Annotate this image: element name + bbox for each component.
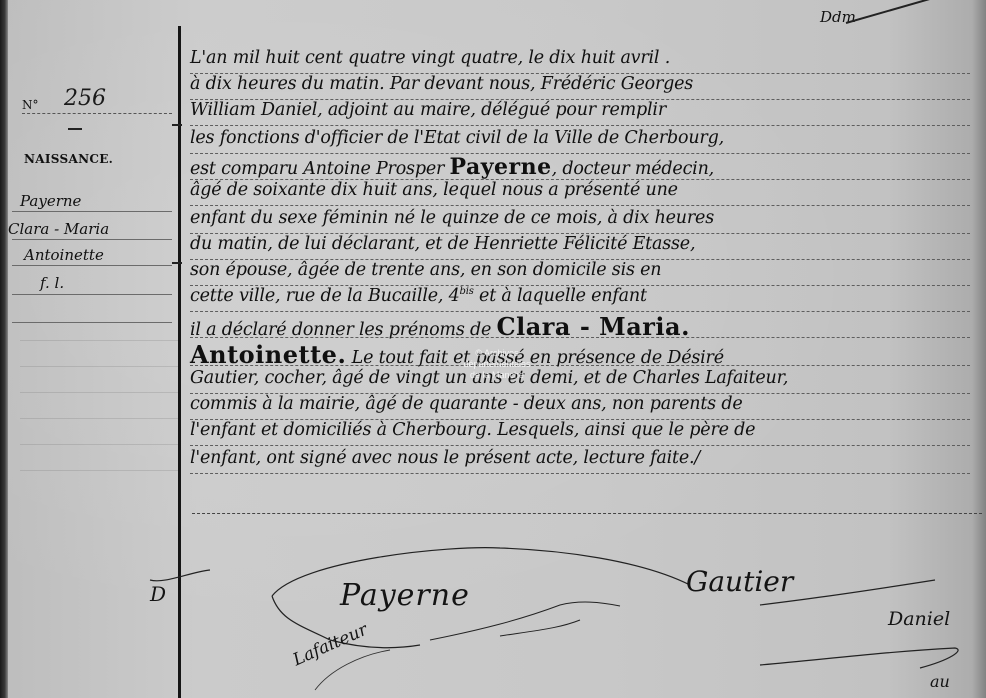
margin-legitimacy-note: f. l. [40,274,64,292]
watermark-line-3: de la Manche [452,370,542,381]
witness-lafaiteur-signature: Lafaiteur [290,620,371,671]
given-names-2: Antoinette. [190,340,346,369]
faint-rule [20,392,180,393]
top-mark-flourish [846,0,943,24]
text-line-15: l'enfant et domiciliés à Cherbourg. Lesq… [190,420,970,446]
margin-given-name-2: Antoinette [24,246,104,264]
given-names-1: Clara - Maria. [497,312,690,341]
address-tail: et à laquelle enfant [474,286,647,306]
faint-rule [20,418,180,419]
margin-rule-line [12,294,172,295]
faint-rule [20,340,180,341]
text-line-16: l'enfant, ont signé avec nous le présent… [190,448,970,474]
declarant-name: est comparu Antoine Prosper [190,159,444,179]
document-page: Ddm N° 256 NAISSANCE. Payerne Clara - Ma… [0,0,986,698]
entry-type-heading: NAISSANCE. [24,152,113,166]
text-line-6: âgé de soixante dix huit ans, lequel nou… [190,180,970,206]
officer-daniel-signature: Daniel [888,608,950,630]
page-left-binding-edge [0,0,8,698]
margin-rule-line [12,322,172,323]
top-corner-mark: Ddm [820,8,856,26]
margin-rule-line [12,239,172,240]
entry-number-row: N° 256 [22,92,172,114]
margin-rule-line [12,211,172,212]
margin-tick [172,124,182,126]
watermark-line-2: départementales [452,359,542,370]
margin-vertical-rule [178,26,181,698]
text-line-14: commis à la mairie, âgé de quarante - de… [190,394,970,420]
faint-rule [20,470,180,471]
page-right-shadow [972,0,986,698]
given-names-intro: il a déclaré donner les prénoms de [190,320,491,340]
text-line-3: William Daniel, adjoint au maire, délégu… [190,100,970,126]
declarant-profession: , docteur médecin, [552,159,714,179]
entry-end-rule [192,513,982,514]
text-line-1: L'an mil huit cent quatre vingt quatre, … [190,48,970,74]
address-bis-superscript: bis [460,286,474,297]
margin-tick [172,262,182,264]
declarant-surname: Payerne [450,154,552,180]
text-line-11: il a déclaré donner les prénoms de Clara… [190,312,970,338]
father-signature: Payerne [340,578,470,613]
text-line-12: Antoinette. Le tout fait et passé en pré… [190,340,970,366]
partial-signature: au [930,672,950,691]
number-dash [68,128,82,130]
entry-number-label: N° [22,98,39,112]
text-line-10: cette ville, rue de la Bucaille, 4bis et… [190,286,970,312]
margin-given-names: Clara - Maria [8,220,109,238]
witness-gautier-signature: Gautier [686,565,793,598]
watermark-line-1: © Archives [452,348,542,359]
address-text: cette ville, rue de la Bucaille, 4 [190,286,460,306]
faint-rule [20,444,180,445]
faint-rule [20,366,180,367]
text-line-2: à dix heures du matin. Par devant nous, … [190,74,970,100]
archive-watermark: © Archives départementales de la Manche [452,348,542,381]
text-line-5: est comparu Antoine Prosper Payerne, doc… [190,154,970,180]
text-line-7: enfant du sexe féminin né le quinze de c… [190,208,970,234]
margin-surname: Payerne [20,192,81,210]
entry-number-value: 256 [64,86,106,111]
margin-initial-signature: D [150,582,166,606]
text-line-8: du matin, de lui déclarant, et de Henrie… [190,234,970,260]
text-line-9: son épouse, âgée de trente ans, en son d… [190,260,970,286]
text-line-4: les fonctions d'officier de l'Etat civil… [190,128,970,154]
text-line-13: Gautier, cocher, âgé de vingt un ans et … [190,368,970,394]
margin-rule-line [12,265,172,266]
